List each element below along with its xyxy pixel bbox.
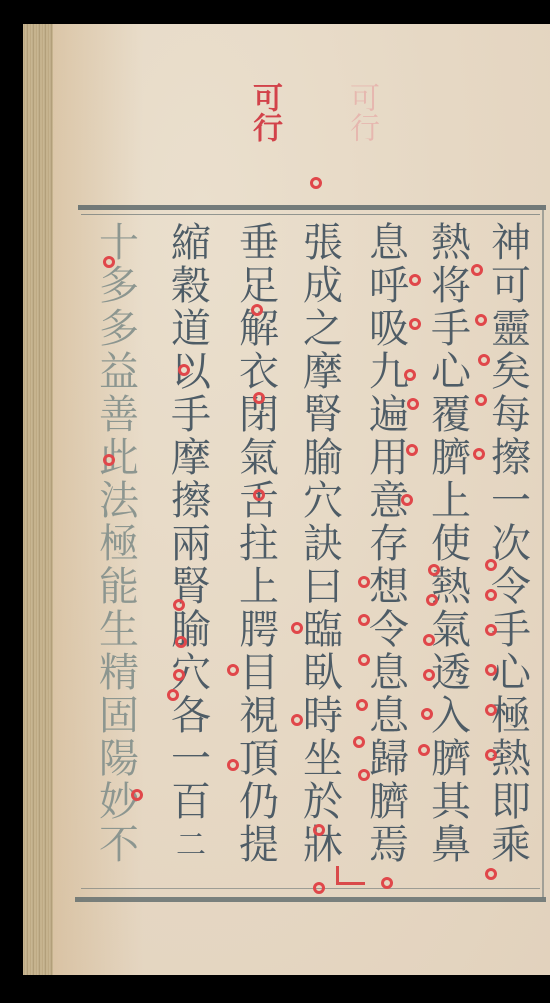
character: 覆 — [431, 394, 471, 437]
character: 腎 — [303, 394, 343, 437]
text-column-6: 縮穀道以手摩擦兩腎腧穴各一百二 — [163, 222, 219, 867]
character: 上 — [431, 480, 471, 523]
red-circle-mark — [291, 714, 303, 726]
character: 極 — [99, 523, 139, 566]
red-circle-mark — [401, 494, 413, 506]
margin-annotation-showthrough: 可行 — [345, 82, 379, 142]
character: 腧 — [303, 437, 343, 480]
character: 鼻 — [431, 824, 471, 867]
character: 腭 — [239, 609, 279, 652]
red-circle-mark — [485, 749, 497, 761]
character: 臨 — [303, 609, 343, 652]
character: 将 — [431, 265, 471, 308]
character: 拄 — [239, 523, 279, 566]
book-page: 可行 可行 神可靈矣每擦一次令手心極熱即乘 熱将手心覆臍上使熱氣透入臍其鼻 息呼… — [23, 24, 550, 975]
red-circle-mark — [409, 274, 421, 286]
red-circle-mark — [426, 594, 438, 606]
character: 氣 — [239, 437, 279, 480]
character: 神 — [491, 222, 531, 265]
character: 垂 — [239, 222, 279, 265]
character: 曰 — [303, 566, 343, 609]
character: 摩 — [303, 351, 343, 394]
character: 擦 — [491, 437, 531, 480]
character: 焉 — [369, 824, 409, 867]
character: 足 — [239, 265, 279, 308]
character: 坐 — [303, 738, 343, 781]
character: 入 — [431, 695, 471, 738]
character: 穀 — [171, 265, 211, 308]
character: 其 — [431, 781, 471, 824]
character: 穴 — [303, 480, 343, 523]
character: 能 — [99, 566, 139, 609]
character: 仍 — [239, 781, 279, 824]
character: 摩 — [171, 437, 211, 480]
red-circle-mark — [253, 392, 265, 404]
character: 呼 — [369, 265, 409, 308]
red-circle-mark — [178, 364, 190, 376]
character: 存 — [369, 523, 409, 566]
character: 兩 — [171, 523, 211, 566]
character: 次 — [491, 523, 531, 566]
red-circle-mark — [175, 636, 187, 648]
character: 乘 — [491, 824, 531, 867]
character: 臍 — [431, 738, 471, 781]
red-circle-mark — [407, 398, 419, 410]
character: 成 — [303, 265, 343, 308]
red-circle-mark — [473, 448, 485, 460]
red-circle-mark — [475, 314, 487, 326]
red-circle-mark — [423, 634, 435, 646]
text-column-1: 神可靈矣每擦一次令手心極熱即乘 — [483, 222, 539, 867]
page-stack-edge — [23, 24, 53, 975]
character: 手 — [171, 394, 211, 437]
red-circle-mark — [485, 624, 497, 636]
character: 張 — [303, 222, 343, 265]
red-circle-mark — [485, 559, 497, 571]
frame-top-border — [78, 205, 546, 210]
character: 即 — [491, 781, 531, 824]
character: 道 — [171, 308, 211, 351]
character: 九 — [369, 351, 409, 394]
character: 遍 — [369, 394, 409, 437]
character: 息 — [369, 652, 409, 695]
frame-right-border — [542, 210, 544, 898]
character: 陽 — [99, 738, 139, 781]
margin-annotation: 可行 — [248, 82, 282, 142]
character: 提 — [239, 824, 279, 867]
character: 熱 — [431, 222, 471, 265]
character: 令 — [369, 609, 409, 652]
character: 息 — [369, 222, 409, 265]
red-circle-mark — [227, 759, 239, 771]
character: 用 — [369, 437, 409, 480]
character: 精 — [99, 652, 139, 695]
red-circle-mark — [173, 669, 185, 681]
character: 妙 — [99, 781, 139, 824]
red-circle-mark — [253, 489, 265, 501]
character: 矣 — [491, 351, 531, 394]
red-circle-mark — [381, 877, 393, 889]
red-circle-mark — [251, 304, 263, 316]
text-column-2: 熱将手心覆臍上使熱氣透入臍其鼻 — [423, 222, 479, 867]
character: 透 — [431, 652, 471, 695]
red-circle-mark — [103, 256, 115, 268]
character: 熱 — [491, 738, 531, 781]
character: 益 — [99, 351, 139, 394]
red-circle-mark — [421, 708, 433, 720]
frame-top-inner-line — [81, 214, 540, 215]
red-circle-mark — [485, 868, 497, 880]
character: 可 — [491, 265, 531, 308]
frame-bottom-border — [75, 897, 546, 902]
red-circle-mark — [291, 622, 303, 634]
red-circle-mark — [313, 824, 325, 836]
character: 以 — [171, 351, 211, 394]
character: 不 — [99, 824, 139, 867]
red-circle-mark — [358, 576, 370, 588]
red-circle-mark — [485, 664, 497, 676]
character: 擦 — [171, 480, 211, 523]
red-circle-mark — [227, 664, 239, 676]
red-circle-mark — [353, 736, 365, 748]
text-column-4: 張成之摩腎腧穴訣曰臨臥時坐於牀 — [295, 222, 351, 867]
character: 之 — [303, 308, 343, 351]
red-circle-mark — [356, 699, 368, 711]
character: 視 — [239, 695, 279, 738]
red-circle-mark — [423, 669, 435, 681]
character: 百 — [171, 781, 211, 824]
character: 臥 — [303, 652, 343, 695]
character: 生 — [99, 609, 139, 652]
character: 舌 — [239, 480, 279, 523]
red-circle-mark — [485, 704, 497, 716]
character: 心 — [431, 351, 471, 394]
character: 手 — [431, 308, 471, 351]
red-circle-mark — [475, 394, 487, 406]
character: 各 — [171, 695, 211, 738]
red-circle-mark — [310, 177, 322, 189]
character: 想 — [369, 566, 409, 609]
character: 二 — [176, 824, 206, 867]
red-circle-mark — [471, 264, 483, 276]
text-column-3: 息呼吸九遍用意存想令息息歸臍焉 — [361, 222, 417, 867]
red-circle-mark — [485, 589, 497, 601]
red-bracket-mark — [336, 866, 365, 885]
character: 一 — [171, 738, 211, 781]
character: 氣 — [431, 609, 471, 652]
character: 多 — [99, 308, 139, 351]
character: 歸 — [369, 738, 409, 781]
character: 上 — [239, 566, 279, 609]
character: 極 — [491, 695, 531, 738]
red-circle-mark — [428, 564, 440, 576]
character: 息 — [369, 695, 409, 738]
character: 時 — [303, 695, 343, 738]
character: 使 — [431, 523, 471, 566]
red-circle-mark — [478, 354, 490, 366]
character: 縮 — [171, 222, 211, 265]
character: 多 — [99, 265, 139, 308]
frame-bottom-inner-line — [81, 888, 540, 889]
red-circle-mark — [409, 318, 421, 330]
red-circle-mark — [358, 614, 370, 626]
character: 吸 — [369, 308, 409, 351]
character: 衣 — [239, 351, 279, 394]
red-circle-mark — [406, 444, 418, 456]
red-circle-mark — [358, 769, 370, 781]
character: 目 — [239, 652, 279, 695]
character: 於 — [303, 781, 343, 824]
character: 靈 — [491, 308, 531, 351]
character: 訣 — [303, 523, 343, 566]
red-circle-mark — [313, 882, 325, 894]
character: 法 — [99, 480, 139, 523]
red-circle-mark — [131, 789, 143, 801]
red-circle-mark — [167, 689, 179, 701]
character: 善 — [99, 394, 139, 437]
character: 心 — [491, 652, 531, 695]
character: 固 — [99, 695, 139, 738]
character: 令 — [491, 566, 531, 609]
red-circle-mark — [418, 744, 430, 756]
red-circle-mark — [404, 369, 416, 381]
character: 臍 — [369, 781, 409, 824]
character: 每 — [491, 394, 531, 437]
character: 手 — [491, 609, 531, 652]
red-circle-mark — [173, 599, 185, 611]
red-circle-mark — [103, 454, 115, 466]
text-column-7: 十多多益善此法極能生精固陽妙不 — [91, 222, 147, 867]
text-column-5: 垂足解衣閉氣舌拄上腭目視頂仍提 — [231, 222, 287, 867]
character: 頂 — [239, 738, 279, 781]
character: 臍 — [431, 437, 471, 480]
red-circle-mark — [358, 654, 370, 666]
character: 一 — [491, 480, 531, 523]
